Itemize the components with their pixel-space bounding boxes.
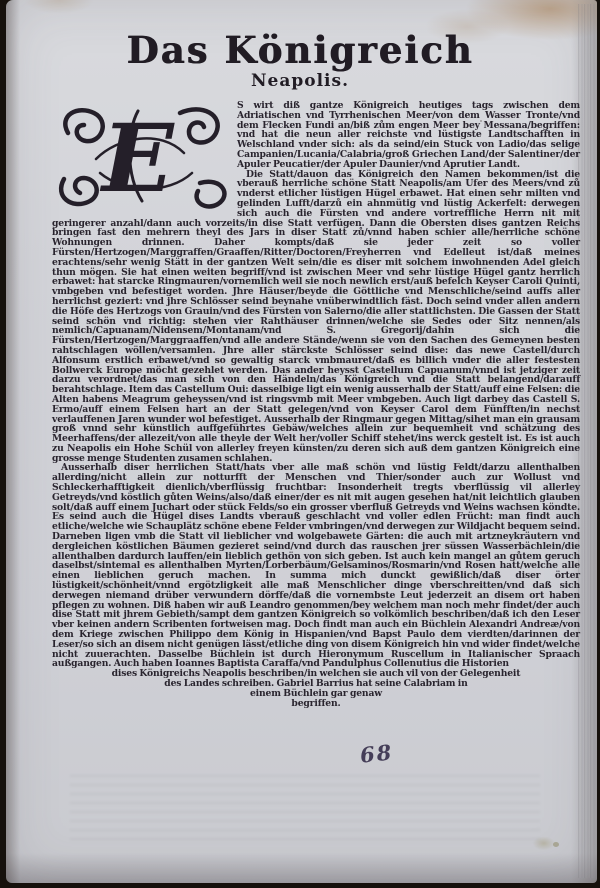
- closing-line-4: begriffen.: [52, 699, 580, 709]
- scanned-book-page: Das Königreich Neapolis. E S wirt diß ga…: [0, 0, 600, 888]
- handwritten-folio-number: 68: [359, 739, 395, 767]
- ink-speck: [480, 120, 482, 122]
- page-header: Das Königreich Neapolis.: [0, 30, 600, 91]
- ink-speck: [96, 300, 99, 303]
- page-stack-edge: [578, 4, 595, 878]
- initial-letter: E: [99, 104, 175, 209]
- paragraph-2: Die Statt/dauon das Königreich den Namen…: [52, 170, 580, 464]
- woodcut-initial-icon: E: [52, 103, 230, 209]
- body-text-block: E S wirt diß gantze Königreich heutiges …: [52, 101, 580, 708]
- page-subtitle: Neapolis.: [0, 72, 600, 91]
- ink-showthrough: [70, 775, 540, 845]
- paper-stain-spot: [553, 842, 559, 847]
- paragraph-3: Ausserhalb diser herrlichen Statt/hats v…: [52, 463, 580, 669]
- page-title: Das Königreich: [0, 30, 600, 70]
